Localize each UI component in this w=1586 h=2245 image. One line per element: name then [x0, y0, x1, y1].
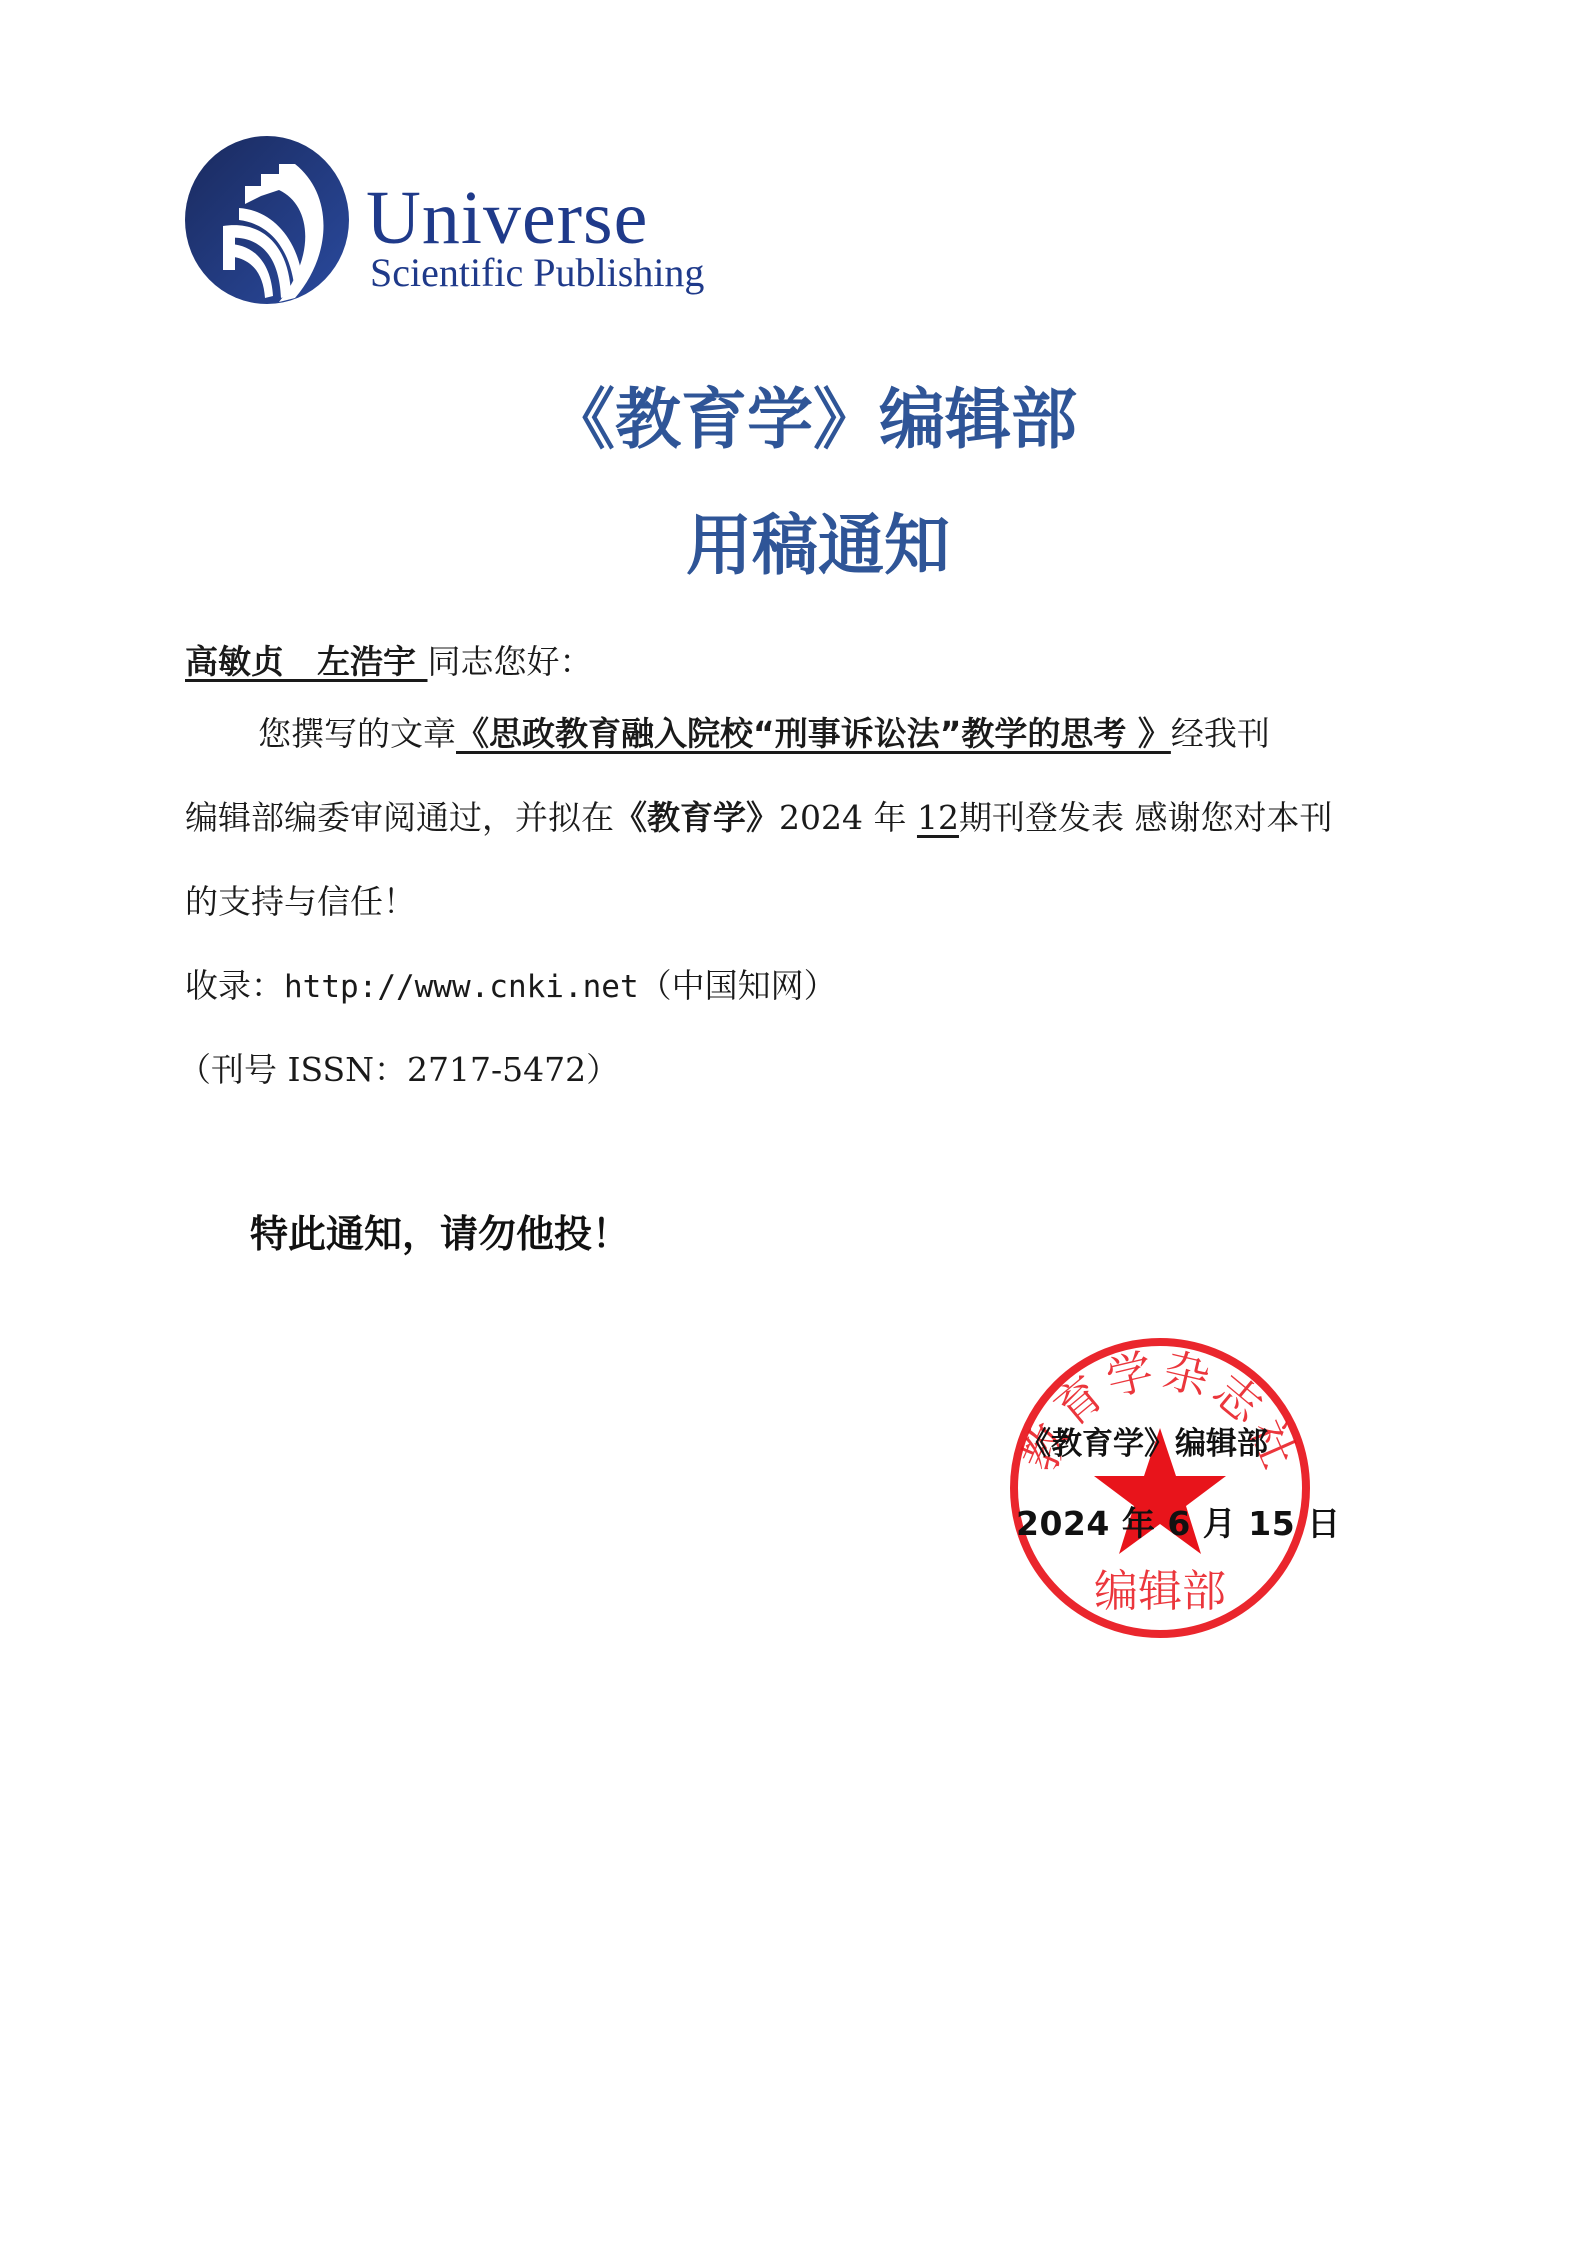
indexed-name: （中国知网） — [639, 966, 837, 1005]
journal-name: 《教育学》 — [614, 798, 779, 837]
author-names: 高敏贞 左浩宇 — [185, 642, 428, 681]
line2-prefix: 编辑部编委审阅通过，并拟在 — [185, 798, 614, 837]
article-title: 《思政教育融入院校“刑事诉讼法”教学的思考 》 — [456, 714, 1171, 753]
page-title: 《教育学》编辑部 — [0, 380, 1586, 460]
year-unit: 年 — [863, 798, 917, 837]
stamp-department: 《教育学》编辑部 — [1020, 1424, 1268, 1464]
page-subtitle: 用稿通知 — [0, 506, 1586, 586]
seal-center-text: 编辑部 — [1094, 1566, 1226, 1617]
indexed-label: 收录： — [185, 966, 284, 1005]
after-title-text: 经我刊 — [1171, 714, 1270, 753]
greeting-suffix: 同志您好： — [428, 642, 593, 681]
body-line-3: 的支持与信任！ — [185, 880, 416, 924]
greeting-line: 高敏贞 左浩宇 同志您好： — [185, 640, 593, 684]
issn-line: （刊号 ISSN：2717-5472） — [178, 1048, 619, 1092]
universe-publishing-logo-icon — [183, 134, 355, 306]
year: 2024 — [779, 798, 863, 837]
closing-statement: 特此通知，请勿他投！ — [250, 1210, 630, 1258]
indexed-url[interactable]: http://www.cnki.net — [284, 969, 639, 1005]
logo-name: Universe — [366, 180, 648, 256]
issue-number: 12 — [917, 798, 959, 837]
body-line-2: 编辑部编委审阅通过，并拟在《教育学》2024 年 12期刊登发表 感谢您对本刊 — [185, 796, 1332, 840]
line2-suffix: 期刊登发表 感谢您对本刊 — [959, 798, 1333, 837]
intro-text: 您撰写的文章 — [258, 714, 456, 753]
official-seal: 教育学杂志社 编辑部 — [1008, 1336, 1312, 1640]
indexed-line: 收录：http://www.cnki.net（中国知网） — [185, 964, 837, 1009]
body-line-1: 您撰写的文章《思政教育融入院校“刑事诉讼法”教学的思考 》经我刊 — [258, 712, 1270, 756]
stamp-date: 2024 年 6 月 15 日 — [1016, 1502, 1341, 1546]
logo-subtitle: Scientific Publishing — [370, 252, 704, 294]
